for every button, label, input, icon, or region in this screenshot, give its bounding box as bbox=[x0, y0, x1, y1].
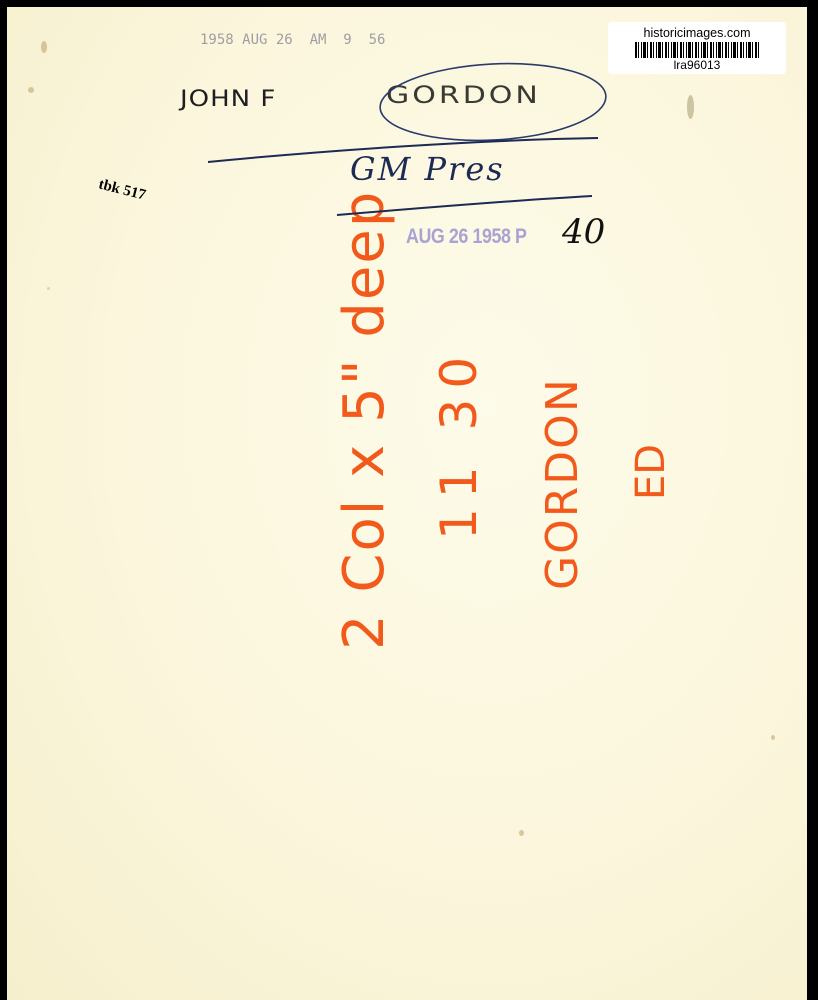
date-stamp-handwritten-suffix: 40 bbox=[562, 212, 605, 252]
paper-stain bbox=[41, 41, 47, 53]
paper-stain bbox=[519, 830, 524, 836]
editor-time-note: 11 30 bbox=[430, 347, 488, 540]
editor-name-note: GORDON bbox=[537, 377, 588, 590]
caption-last-name: GORDON bbox=[386, 82, 541, 110]
date-stamp-text: AUG 26 1958 P bbox=[406, 225, 527, 248]
paper-stain bbox=[28, 87, 34, 93]
archive-site-name: historicimages.com bbox=[608, 26, 786, 40]
editor-initials: ED bbox=[628, 444, 674, 500]
barcode-icon bbox=[635, 42, 759, 58]
date-received-stamp: AUG 26 1958 P bbox=[406, 225, 527, 249]
paper-stain bbox=[687, 95, 694, 119]
archive-label: historicimages.com lra96013 bbox=[608, 22, 786, 74]
caption-first-name: JOHN F bbox=[180, 86, 276, 112]
paper-stain bbox=[771, 735, 775, 740]
archive-item-id: lra96013 bbox=[608, 58, 786, 72]
editor-size-note: 2 Col x 5" deep bbox=[332, 190, 397, 650]
paper-stain bbox=[47, 287, 50, 290]
caption-title: GM Pres bbox=[350, 150, 505, 188]
receipt-time-stamp: 1958 AUG 26 AM 9 56 bbox=[200, 32, 385, 48]
